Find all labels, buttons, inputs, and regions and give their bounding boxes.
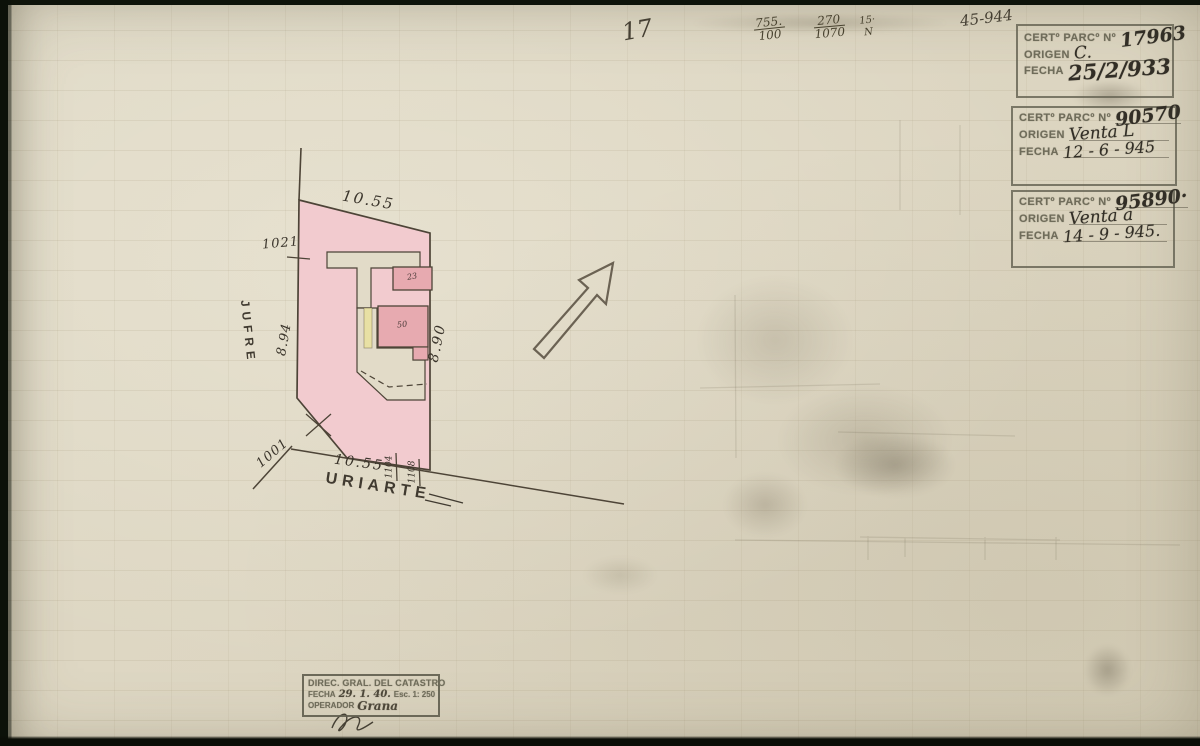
office-operador-label: OPERADOR <box>308 701 354 710</box>
cert-stamp-2: CERTº PARCº Nº 90570 ORIGEN Venta L FECH… <box>1011 106 1177 186</box>
fecha-value: 14 - 9 - 945. <box>1063 224 1161 245</box>
fecha-value: 12 - 6 - 945 <box>1063 140 1156 160</box>
fraction-denominator: 1070 <box>814 26 845 41</box>
fecha-label: FECHA <box>1019 146 1059 158</box>
cert-stamp-1: CERTº PARCº Nº 17963 ORIGEN C. FECHA 25/… <box>1016 24 1174 98</box>
fraction-denominator: 100 <box>754 27 786 42</box>
fecha-label: FECHA <box>1019 230 1059 242</box>
cert-label: CERTº PARCº Nº <box>1019 112 1111 124</box>
stamp-row: FECHA 25/2/933 <box>1024 63 1166 77</box>
stamp-row: CERTº PARCº Nº 17963 <box>1024 30 1166 44</box>
office-stamp-fecha-row: FECHA 29. 1. 40. Esc. 1: 250 <box>308 690 434 699</box>
page-number: 17 <box>620 14 655 47</box>
fecha-label: FECHA <box>1024 65 1064 77</box>
annotation-fraction-1: 755. 100 <box>753 14 786 42</box>
north-arrow-icon <box>534 263 613 358</box>
stamp-row: FECHA 12 - 6 - 945 <box>1019 143 1169 158</box>
office-stamp-operador-row: OPERADOR Grana <box>308 701 434 710</box>
origen-label: ORIGEN <box>1019 129 1065 141</box>
stamp-row: FECHA 14 - 9 - 945. <box>1019 227 1167 242</box>
erased-pencil-remnants <box>700 120 1180 560</box>
stamp-row: CERTº PARCº Nº 95890· <box>1019 196 1167 208</box>
annotation-fraction-2: 270 1070 <box>813 13 846 41</box>
office-stamp-title: DIREC. GRAL. DEL CATASTRO <box>308 678 434 688</box>
office-scale: Esc. 1: 250 <box>394 690 435 699</box>
cert-value: 17963 <box>1119 26 1186 48</box>
stamp-row: CERTº PARCº Nº 90570 <box>1019 112 1169 124</box>
building-note-large: 50 <box>396 319 407 329</box>
note-top: 15· <box>857 14 878 28</box>
jufre-boundary-line <box>299 148 301 200</box>
yellow-strip <box>364 308 372 348</box>
annotation-small-note: 15· N <box>857 14 879 40</box>
origen-label: ORIGEN <box>1024 49 1070 61</box>
building-note-small: 23 <box>406 271 418 282</box>
uriarte-underline-flourish <box>425 494 463 506</box>
cert-stamp-3: CERTº PARCº Nº 95890· ORIGEN Venta a FEC… <box>1011 190 1175 268</box>
fecha-value: 25/2/933 <box>1068 59 1172 80</box>
house-number-1108: 1108 <box>407 461 417 484</box>
house-number-1104: 1104 <box>384 456 394 479</box>
note-bottom: N <box>858 26 879 40</box>
office-fecha-label: FECHA <box>308 690 336 699</box>
cert-label: CERTº PARCº Nº <box>1024 32 1116 44</box>
origen-label: ORIGEN <box>1019 213 1065 225</box>
office-operador-value: Grana <box>357 702 398 710</box>
catastro-office-stamp: DIREC. GRAL. DEL CATASTRO FECHA 29. 1. 4… <box>302 674 440 717</box>
scanned-cadastral-sheet: 17 755. 100 270 1070 15· N 45-944 CERTº … <box>0 0 1200 746</box>
office-fecha-value: 29. 1. 40. <box>339 691 391 699</box>
